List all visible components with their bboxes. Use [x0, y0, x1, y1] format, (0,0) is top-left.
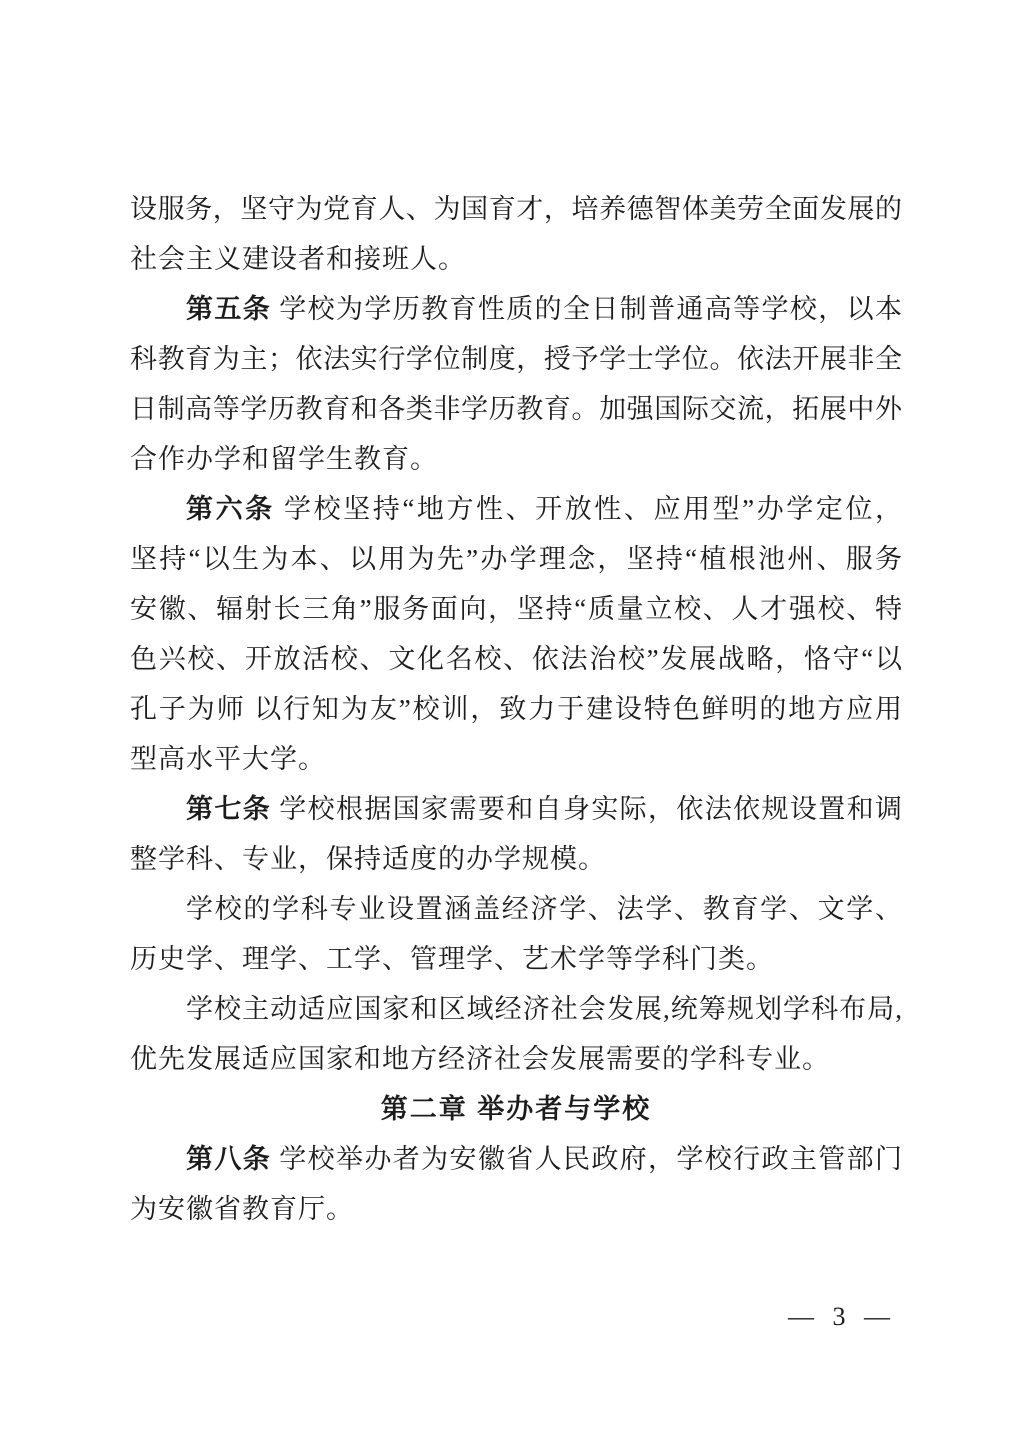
- article-number: 第七条: [186, 794, 271, 824]
- text-line: 学校主动适应国家和区域经济社会发展,统筹规划学科布局,: [130, 984, 902, 1034]
- text-line-article-8: 第八条 学校举办者为安徽省人民政府，学校行政主管部门: [130, 1134, 902, 1184]
- text-line-body: 型高水平大学。: [130, 744, 326, 774]
- text-line: 为安徽省教育厅。: [130, 1184, 902, 1234]
- text-line-article-7: 第七条 学校根据国家需要和自身实际，依法依规设置和调: [130, 784, 902, 834]
- text-line-body: 日制高等学历教育和各类非学历教育。加强国际交流，拓展中外: [130, 394, 902, 424]
- text-line-body: 色兴校、开放活校、文化名校、依法治校”发展战略，恪守“以: [130, 644, 902, 674]
- text-line-article-6: 第六条 学校坚持“地方性、开放性、应用型”办学定位，: [130, 484, 902, 534]
- article-number: 第六条: [186, 494, 275, 524]
- text-line-body: 合作办学和留学生教育。: [130, 444, 438, 474]
- page-number: — 3 —: [788, 1300, 892, 1334]
- text-line: 整学科、专业，保持适度的办学规模。: [130, 834, 902, 884]
- text-line: 设服务，坚守为党育人、为国育才，培养德智体美劳全面发展的: [130, 184, 902, 234]
- text-line: 安徽、辐射长三角”服务面向，坚持“质量立校、人才强校、特: [130, 584, 902, 634]
- text-line-article-5: 第五条 学校为学历教育性质的全日制普通高等学校，以本: [130, 284, 902, 334]
- text-line-body: 历史学、理学、工学、管理学、艺术学等学科门类。: [130, 944, 774, 974]
- text-line: 孔子为师 以行知为友”校训，致力于建设特色鲜明的地方应用: [130, 684, 902, 734]
- text-line-body: 学校坚持“地方性、开放性、应用型”办学定位，: [275, 494, 902, 524]
- document-page: 设服务，坚守为党育人、为国育才，培养德智体美劳全面发展的 社会主义建设者和接班人…: [0, 0, 1024, 1448]
- text-line-body: 学校主动适应国家和区域经济社会发展,统筹规划学科布局,: [186, 994, 902, 1024]
- text-line: 社会主义建设者和接班人。: [130, 234, 902, 284]
- text-line-body: 学校根据国家需要和自身实际，依法依规设置和调: [271, 794, 902, 824]
- article-number: 第五条: [186, 294, 271, 324]
- text-line: 优先发展适应国家和地方经济社会发展需要的学科专业。: [130, 1034, 902, 1084]
- text-line-body: 科教育为主；依法实行学位制度，授予学士学位。依法开展非全: [130, 344, 902, 374]
- text-line: 色兴校、开放活校、文化名校、依法治校”发展战略，恪守“以: [130, 634, 902, 684]
- chapter-heading-text: 第二章 举办者与学校: [381, 1094, 652, 1124]
- text-line-body: 安徽、辐射长三角”服务面向，坚持“质量立校、人才强校、特: [130, 594, 902, 624]
- chapter-2-heading: 第二章 举办者与学校: [130, 1084, 902, 1134]
- text-line-body: 学校的学科专业设置涵盖经济学、法学、教育学、文学、: [186, 894, 902, 924]
- text-line-body: 优先发展适应国家和地方经济社会发展需要的学科专业。: [130, 1044, 830, 1074]
- text-line: 合作办学和留学生教育。: [130, 434, 902, 484]
- text-line-body: 设服务，坚守为党育人、为国育才，培养德智体美劳全面发展的: [130, 194, 902, 224]
- text-line-body: 坚持“以生为本、以用为先”办学理念，坚持“植根池州、服务: [130, 544, 902, 574]
- document-body: 设服务，坚守为党育人、为国育才，培养德智体美劳全面发展的 社会主义建设者和接班人…: [130, 184, 902, 1234]
- text-line-body: 学校举办者为安徽省人民政府，学校行政主管部门: [271, 1144, 902, 1174]
- text-line-body: 社会主义建设者和接班人。: [130, 244, 466, 274]
- text-line-body: 整学科、专业，保持适度的办学规模。: [130, 844, 606, 874]
- text-line: 型高水平大学。: [130, 734, 902, 784]
- text-line: 学校的学科专业设置涵盖经济学、法学、教育学、文学、: [130, 884, 902, 934]
- article-number: 第八条: [186, 1144, 271, 1174]
- text-line: 科教育为主；依法实行学位制度，授予学士学位。依法开展非全: [130, 334, 902, 384]
- text-line: 历史学、理学、工学、管理学、艺术学等学科门类。: [130, 934, 902, 984]
- text-line: 坚持“以生为本、以用为先”办学理念，坚持“植根池州、服务: [130, 534, 902, 584]
- text-line-body: 孔子为师 以行知为友”校训，致力于建设特色鲜明的地方应用: [130, 694, 902, 724]
- text-line-body: 为安徽省教育厅。: [130, 1194, 354, 1224]
- text-line-body: 学校为学历教育性质的全日制普通高等学校，以本: [271, 294, 902, 324]
- text-line: 日制高等学历教育和各类非学历教育。加强国际交流，拓展中外: [130, 384, 902, 434]
